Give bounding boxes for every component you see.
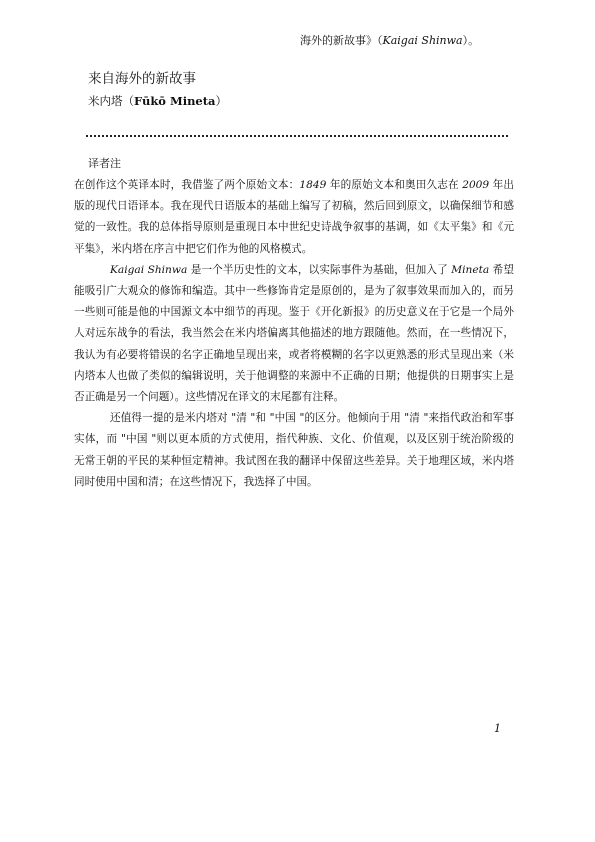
running-header-suffix: ）。 (463, 34, 480, 47)
author-cn-name: 米内塔（ (88, 94, 134, 108)
document-author: 米内塔（Fūkō Mineta） (88, 93, 227, 109)
year-2009: 2009 (462, 179, 489, 191)
paragraph-text: 还值得一提的是米内塔对 "清 "和 "中国 "的区分。他倾向于用 "清 "来指代… (74, 412, 514, 488)
name-mineta: Mineta (451, 264, 489, 276)
dotted-separator (86, 135, 508, 137)
paragraph-text: 年的原始文本和奥田久志在 (326, 179, 462, 191)
paragraph-1: 在创作这个英译本时，我借鉴了两个原始文本：1849 年的原始文本和奥田久志在 2… (74, 175, 514, 260)
year-1849: 1849 (299, 179, 326, 191)
page-number: 1 (494, 722, 501, 736)
running-header-cn-title: 海外的新故事》（ (300, 34, 383, 47)
paragraph-2: Kaigai Shinwa 是一个半历史性的文本，以实际事件为基础，但加入了 M… (74, 260, 514, 408)
document-title: 来自海外的新故事 (88, 70, 196, 88)
paragraph-text: 是一个半历史性的文本，以实际事件为基础，但加入了 (187, 264, 451, 276)
section-heading: 译者注 (88, 156, 121, 171)
author-latin-name: Fūkō Mineta (134, 94, 216, 108)
translator-note-body: 在创作这个英译本时，我借鉴了两个原始文本：1849 年的原始文本和奥田久志在 2… (74, 175, 514, 493)
author-close-paren: ） (216, 94, 228, 108)
running-header: 海外的新故事》（Kaigai Shinwa）。 (300, 34, 479, 48)
work-title-kaigai-shinwa: Kaigai Shinwa (110, 264, 187, 276)
paragraph-text: 在创作这个英译本时，我借鉴了两个原始文本： (74, 179, 299, 191)
running-header-latin-title: Kaigai Shinwa (383, 34, 463, 47)
paragraph-text: 希望能吸引广大观众的修饰和编造。其中一些修饰肯定是原创的，是为了叙事效果而加入的… (74, 264, 514, 403)
paragraph-3: 还值得一提的是米内塔对 "清 "和 "中国 "的区分。他倾向于用 "清 "来指代… (74, 408, 514, 493)
